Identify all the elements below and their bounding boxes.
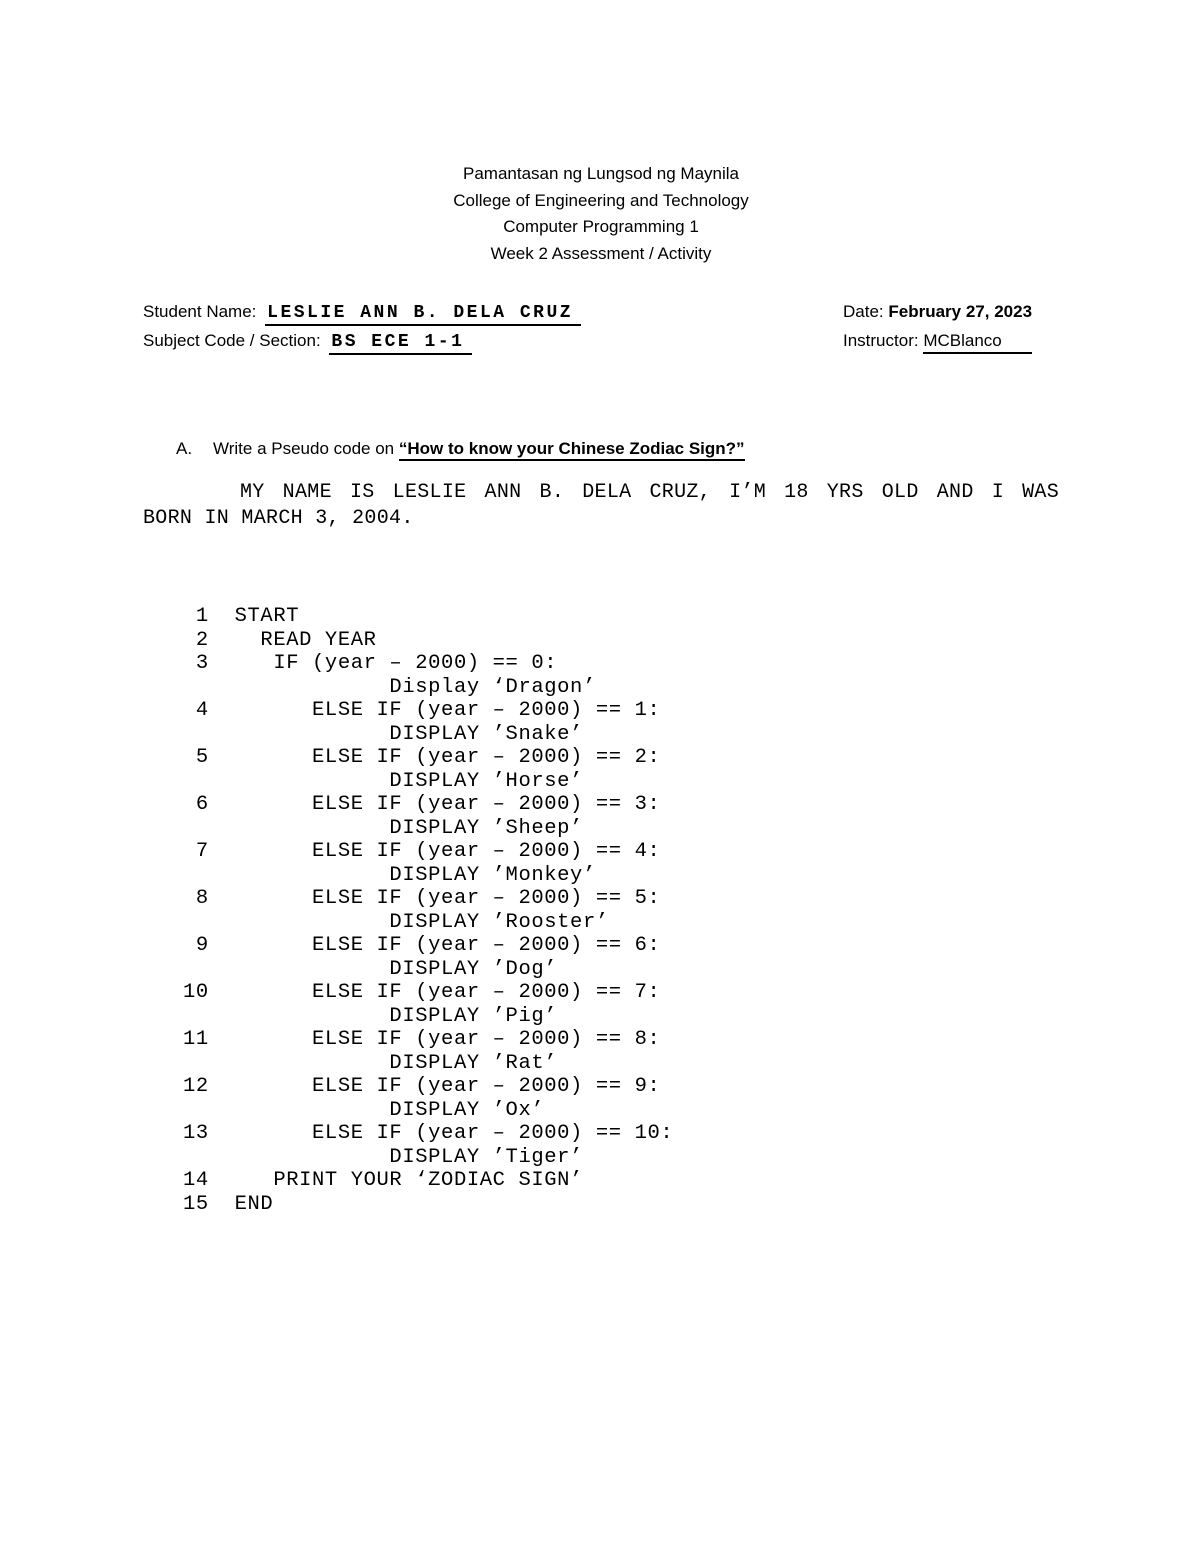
subject-section-value: BS ECE 1-1 [329,331,472,355]
student-info-block: Student Name: LESLIE ANN B. DELA CRUZ Da… [143,297,1059,355]
task-prompt: Write a Pseudo code on [213,439,399,458]
intro-line-1: MY NAME IS LESLIE ANN B. DELA CRUZ, I’M … [143,480,1059,506]
page-content: Pamantasan ng Lungsod ng Maynila College… [143,0,1059,1216]
institution-name: Pamantasan ng Lungsod ng Maynila [143,161,1059,188]
task-topic: “How to know your Chinese Zodiac Sign?” [399,439,745,461]
intro-paragraph: MY NAME IS LESLIE ANN B. DELA CRUZ, I’M … [143,480,1059,532]
date-group: Date: February 27, 2023 [843,297,1032,326]
info-row-2: Subject Code / Section: BS ECE 1-1 Instr… [143,326,1059,355]
pseudocode-listing: 1 START 2 READ YEAR 3 IF (year – 2000) =… [183,605,1059,1216]
subject-section-label: Subject Code / Section: [143,331,321,350]
task-line: A.Write a Pseudo code on “How to know yo… [143,439,1059,459]
student-name-value: LESLIE ANN B. DELA CRUZ [265,302,581,326]
date-label: Date: [843,302,884,321]
instructor-value: MCBlanco [923,330,1031,354]
instructor-label: Instructor: [843,331,919,350]
document-page: Pamantasan ng Lungsod ng Maynila College… [0,0,1200,1553]
intro-line-2: BORN IN MARCH 3, 2004. [143,506,1059,532]
document-header: Pamantasan ng Lungsod ng Maynila College… [143,0,1059,267]
info-row-1: Student Name: LESLIE ANN B. DELA CRUZ Da… [143,297,1059,326]
student-name-label: Student Name: [143,302,256,321]
course-name: Computer Programming 1 [143,214,1059,241]
instructor-group: Instructor: MCBlanco [843,326,1032,355]
task-letter: A. [176,439,213,459]
assessment-title: Week 2 Assessment / Activity [143,241,1059,268]
date-value: February 27, 2023 [888,302,1032,321]
college-name: College of Engineering and Technology [143,188,1059,215]
